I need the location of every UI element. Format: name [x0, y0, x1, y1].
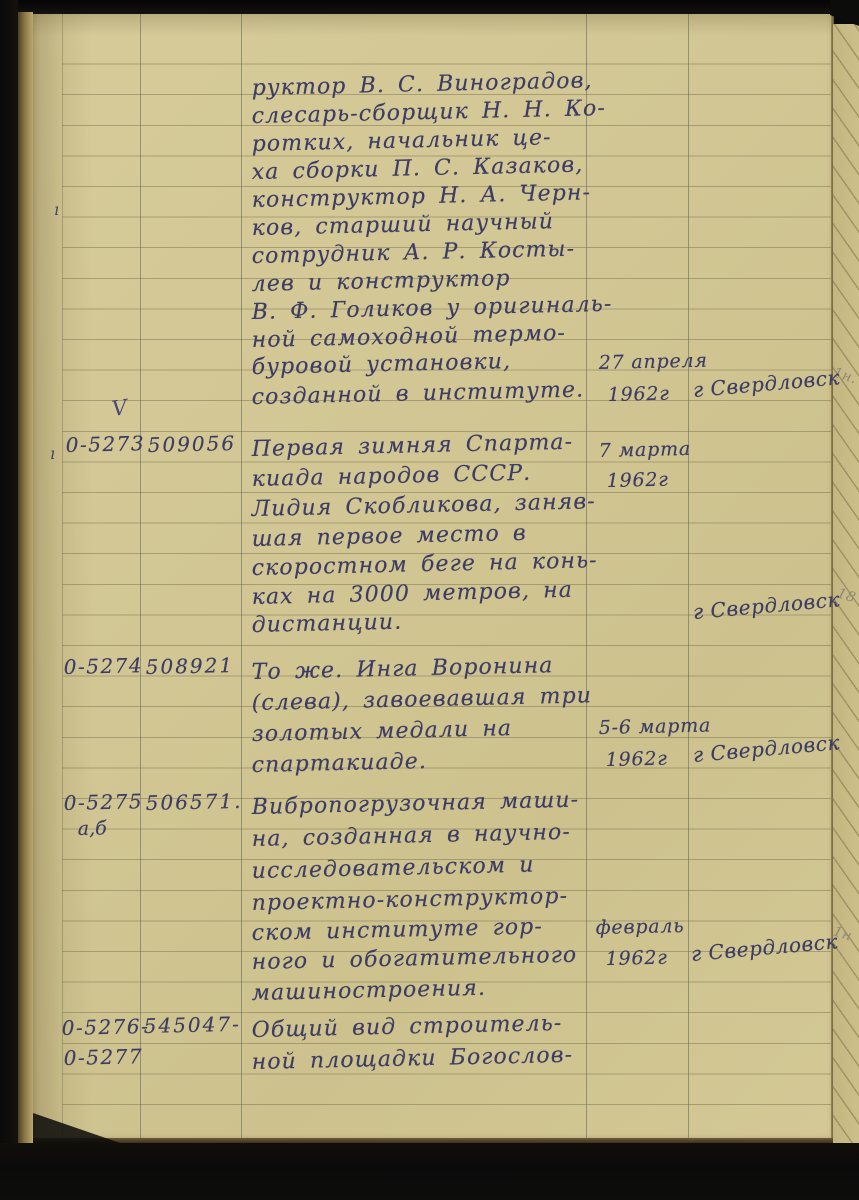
date-line: 1962г — [607, 469, 669, 492]
date-line: 1962г — [606, 947, 668, 970]
inventory-number: 0-5276- — [61, 1014, 149, 1040]
scan-background-left — [0, 0, 18, 1200]
negative-number: 545047- — [143, 1012, 241, 1038]
book-binding-edge — [18, 12, 33, 1145]
date-line: 5-6 марта — [599, 714, 712, 739]
margin-tick-icon: ı — [50, 444, 55, 463]
date-line: февраль — [596, 915, 685, 939]
column-divider-1 — [140, 14, 141, 1143]
checkmark-annotation: V — [110, 395, 128, 421]
margin-tick-icon: ı — [54, 200, 59, 219]
date-line: 27 апреля — [599, 350, 709, 374]
negative-number: 508921 — [145, 653, 234, 679]
inventory-number: 0-5277 — [63, 1044, 143, 1070]
scan-background-top — [0, 0, 859, 14]
column-divider-4 — [688, 14, 689, 1143]
date-line: 7 марта — [599, 438, 692, 462]
inventory-number: 0-5274 — [63, 653, 143, 679]
book-fore-edge-pages — [833, 24, 859, 1143]
scanned-ledger-photo: V ı ı 1н. 18 1н руктор В. С. Виноградов,… — [0, 0, 859, 1200]
inventory-sub-letters: а,б — [78, 817, 107, 840]
inventory-number: 0-5273 — [65, 431, 145, 457]
column-divider-2 — [241, 14, 242, 1143]
description-line: спартакиаде. — [251, 749, 427, 778]
date-line: 1962г — [608, 383, 670, 406]
description-line: дистанции. — [251, 610, 402, 638]
description-line: машиностроения. — [251, 976, 486, 1006]
date-line: 1962г — [606, 748, 668, 771]
negative-number: 509056 — [147, 431, 236, 457]
scan-background-bottom — [0, 1143, 859, 1200]
margin-line — [62, 14, 63, 1143]
inventory-number: 0-5275 — [63, 789, 143, 815]
negative-number: 506571. — [145, 789, 242, 815]
